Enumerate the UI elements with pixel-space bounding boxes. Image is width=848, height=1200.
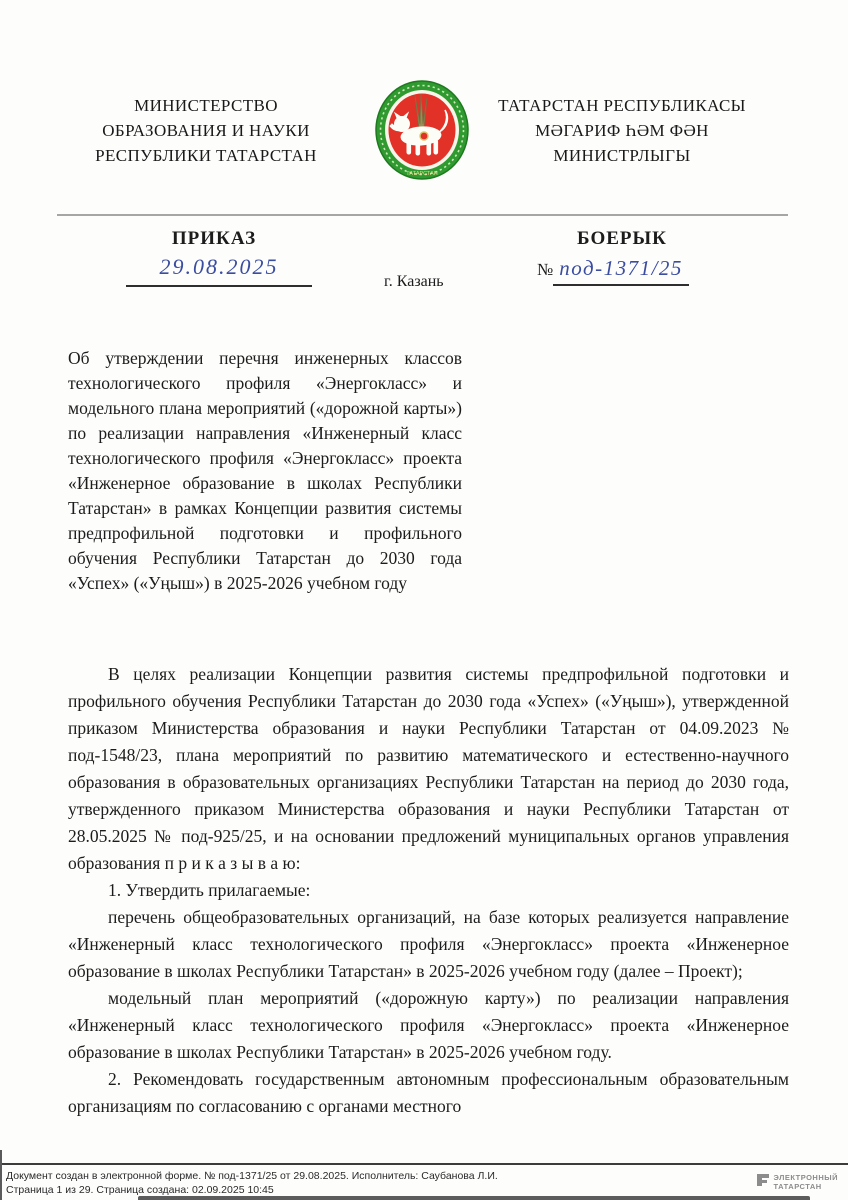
footer-line2: Страница 1 из 29. Страница создана: 02.0… — [6, 1183, 498, 1197]
ministry-name-tat-line2: МӘГАРИФ ҺӘМ ФӘН — [474, 118, 770, 143]
body-paragraph: В целях реализации Концепции развития си… — [68, 661, 789, 877]
electronic-tatarstan-logo: ЭЛЕКТРОННЫЙ ТАТАРСТАН — [756, 1173, 838, 1192]
ministry-name-tat-line1: ТАТАРСТАН РЕСПУБЛИКАСЫ — [474, 93, 770, 118]
order-number-handwritten: под-1371/25 — [553, 256, 689, 286]
ministry-name-ru-line1: МИНИСТЕРСТВО — [64, 93, 348, 118]
order-body: В целях реализации Концепции развития си… — [68, 661, 789, 1120]
ministry-name-ru-line2: ОБРАЗОВАНИЯ И НАУКИ — [64, 118, 348, 143]
logo-line2: ТАТАРСТАН — [774, 1183, 838, 1192]
header-divider — [57, 214, 788, 216]
ministry-name-ru-line3: РЕСПУБЛИКИ ТАТАРСТАН — [64, 143, 348, 168]
page-edge-artifact — [0, 1150, 2, 1200]
footer-info: Документ создан в электронной форме. № п… — [6, 1169, 498, 1197]
order-subject: Об утверждении перечня инженерных классо… — [68, 346, 462, 596]
scanned-order-page: МИНИСТЕРСТВО ОБРАЗОВАНИЯ И НАУКИ РЕСПУБЛ… — [0, 0, 848, 1200]
order-place: г. Казань — [384, 273, 444, 291]
body-paragraph: 1. Утвердить прилагаемые: — [68, 877, 789, 904]
tatarstan-coat-of-arms-icon: ТАТАРСТАН — [375, 80, 469, 180]
footer-line1: Документ создан в электронной форме. № п… — [6, 1169, 498, 1183]
body-paragraph: модельный план мероприятий («дорожную ка… — [68, 985, 789, 1066]
scan-edge-artifact — [138, 1196, 810, 1200]
ministry-name-tat: ТАТАРСТАН РЕСПУБЛИКАСЫ МӘГАРИФ ҺӘМ ФӘН М… — [474, 93, 770, 168]
order-number: №под-1371/25 — [537, 256, 689, 286]
electronic-tatarstan-label: ЭЛЕКТРОННЫЙ ТАТАРСТАН — [774, 1174, 838, 1191]
order-title-ru: ПРИКАЗ — [72, 228, 356, 250]
number-sign: № — [537, 260, 553, 279]
order-title-tat: БОЕРЫК — [474, 228, 770, 250]
ministry-name-tat-line3: МИНИСТРЛЫГЫ — [474, 143, 770, 168]
footer-divider — [0, 1163, 848, 1165]
body-paragraph: перечень общеобразовательных организаций… — [68, 904, 789, 985]
body-paragraph: 2. Рекомендовать государственным автоном… — [68, 1066, 789, 1120]
ministry-name-ru: МИНИСТЕРСТВО ОБРАЗОВАНИЯ И НАУКИ РЕСПУБЛ… — [64, 93, 348, 168]
emblem-caption: ТАТАРСТАН — [406, 171, 438, 177]
order-date-handwritten: 29.08.2025 — [126, 254, 312, 287]
electronic-tatarstan-icon — [756, 1173, 771, 1192]
